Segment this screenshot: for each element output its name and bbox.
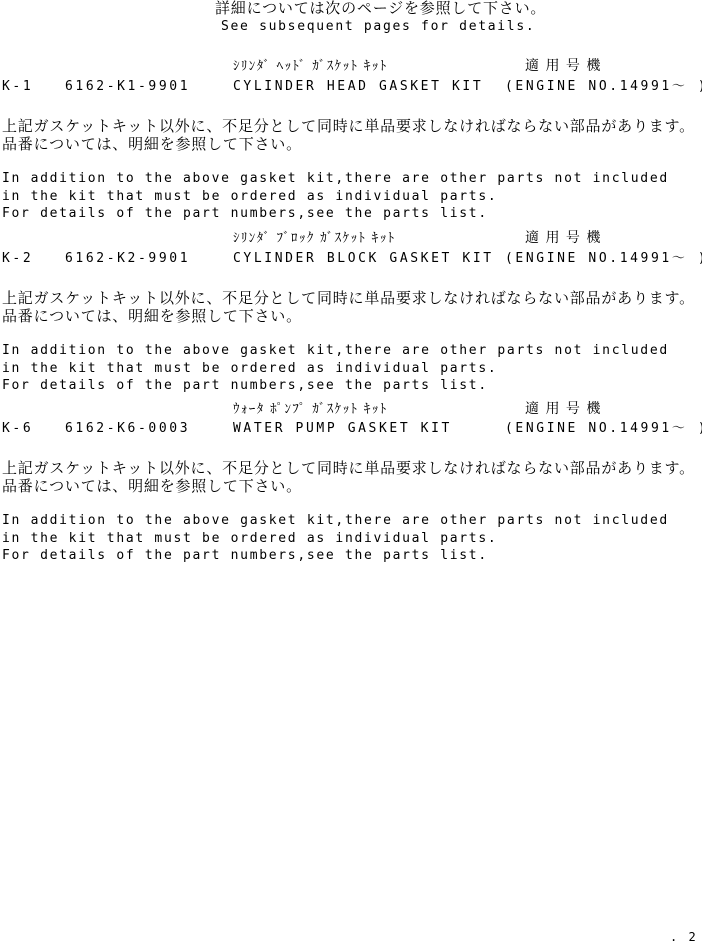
note-jp-line1: 上記ガスケットキット以外に、不足分として同時に単品要求しなければならない部品があ… [2, 119, 695, 134]
page-header-en: See subsequent pages for details. [221, 20, 535, 33]
applicable-machines-label: 適 用 号 機 [525, 402, 601, 416]
note-en-line2: in the kit that must be ordered as indiv… [2, 362, 497, 375]
kit-part-number: 6162-K1-9901 [65, 80, 190, 93]
kit-name-en: CYLINDER HEAD GASKET KIT [233, 80, 483, 93]
note-en-line2: in the kit that must be ordered as indiv… [2, 532, 497, 545]
note-jp-line2: 品番については、明細を参照して下さい。 [2, 309, 302, 324]
kit-code: K-2 [2, 252, 33, 265]
note-en-line3: For details of the part numbers,see the … [2, 207, 488, 220]
kit-part-number: 6162-K2-9901 [65, 252, 190, 265]
note-jp-line1: 上記ガスケットキット以外に、不足分として同時に単品要求しなければならない部品があ… [2, 461, 695, 476]
kit-name-en: CYLINDER BLOCK GASKET KIT [233, 252, 494, 265]
applicable-machines-label: 適 用 号 機 [525, 231, 601, 245]
note-jp-line1: 上記ガスケットキット以外に、不足分として同時に単品要求しなければならない部品があ… [2, 291, 695, 306]
kit-part-number: 6162-K6-0003 [65, 422, 190, 435]
parts-catalog-page: 詳細については次のページを参照して下さい。 See subsequent pag… [0, 0, 702, 950]
kit-code: K-6 [2, 422, 33, 435]
kit-name-jp: ｳｫｰﾀ ﾎﾟﾝﾌﾟ ｶﾞｽｹｯﾄ ｷｯﾄ [233, 403, 388, 416]
note-en-line1: In addition to the above gasket kit,ther… [2, 344, 669, 357]
note-en-line1: In addition to the above gasket kit,ther… [2, 172, 669, 185]
note-en-line3: For details of the part numbers,see the … [2, 379, 488, 392]
kit-engine-range: (ENGINE NO.14991～ ) [505, 80, 702, 93]
kit-engine-range: (ENGINE NO.14991～ ) [505, 422, 702, 435]
kit-name-jp: ｼﾘﾝﾀﾞ ﾌﾞﾛｯｸ ｶﾞｽｹｯﾄ ｷｯﾄ [233, 232, 396, 245]
page-number: . 2 [670, 931, 698, 943]
kit-name-jp: ｼﾘﾝﾀﾞ ﾍｯﾄﾞ ｶﾞｽｹｯﾄ ｷｯﾄ [233, 60, 388, 73]
note-en-line1: In addition to the above gasket kit,ther… [2, 514, 669, 527]
note-jp-line2: 品番については、明細を参照して下さい。 [2, 137, 302, 152]
note-en-line3: For details of the part numbers,see the … [2, 549, 488, 562]
kit-code: K-1 [2, 80, 33, 93]
note-en-line2: in the kit that must be ordered as indiv… [2, 190, 497, 203]
note-jp-line2: 品番については、明細を参照して下さい。 [2, 479, 302, 494]
applicable-machines-label: 適 用 号 機 [525, 59, 601, 73]
kit-engine-range: (ENGINE NO.14991～ ) [505, 252, 702, 265]
kit-name-en: WATER PUMP GASKET KIT [233, 422, 452, 435]
page-header-jp: 詳細については次のページを参照して下さい。 [215, 1, 546, 16]
